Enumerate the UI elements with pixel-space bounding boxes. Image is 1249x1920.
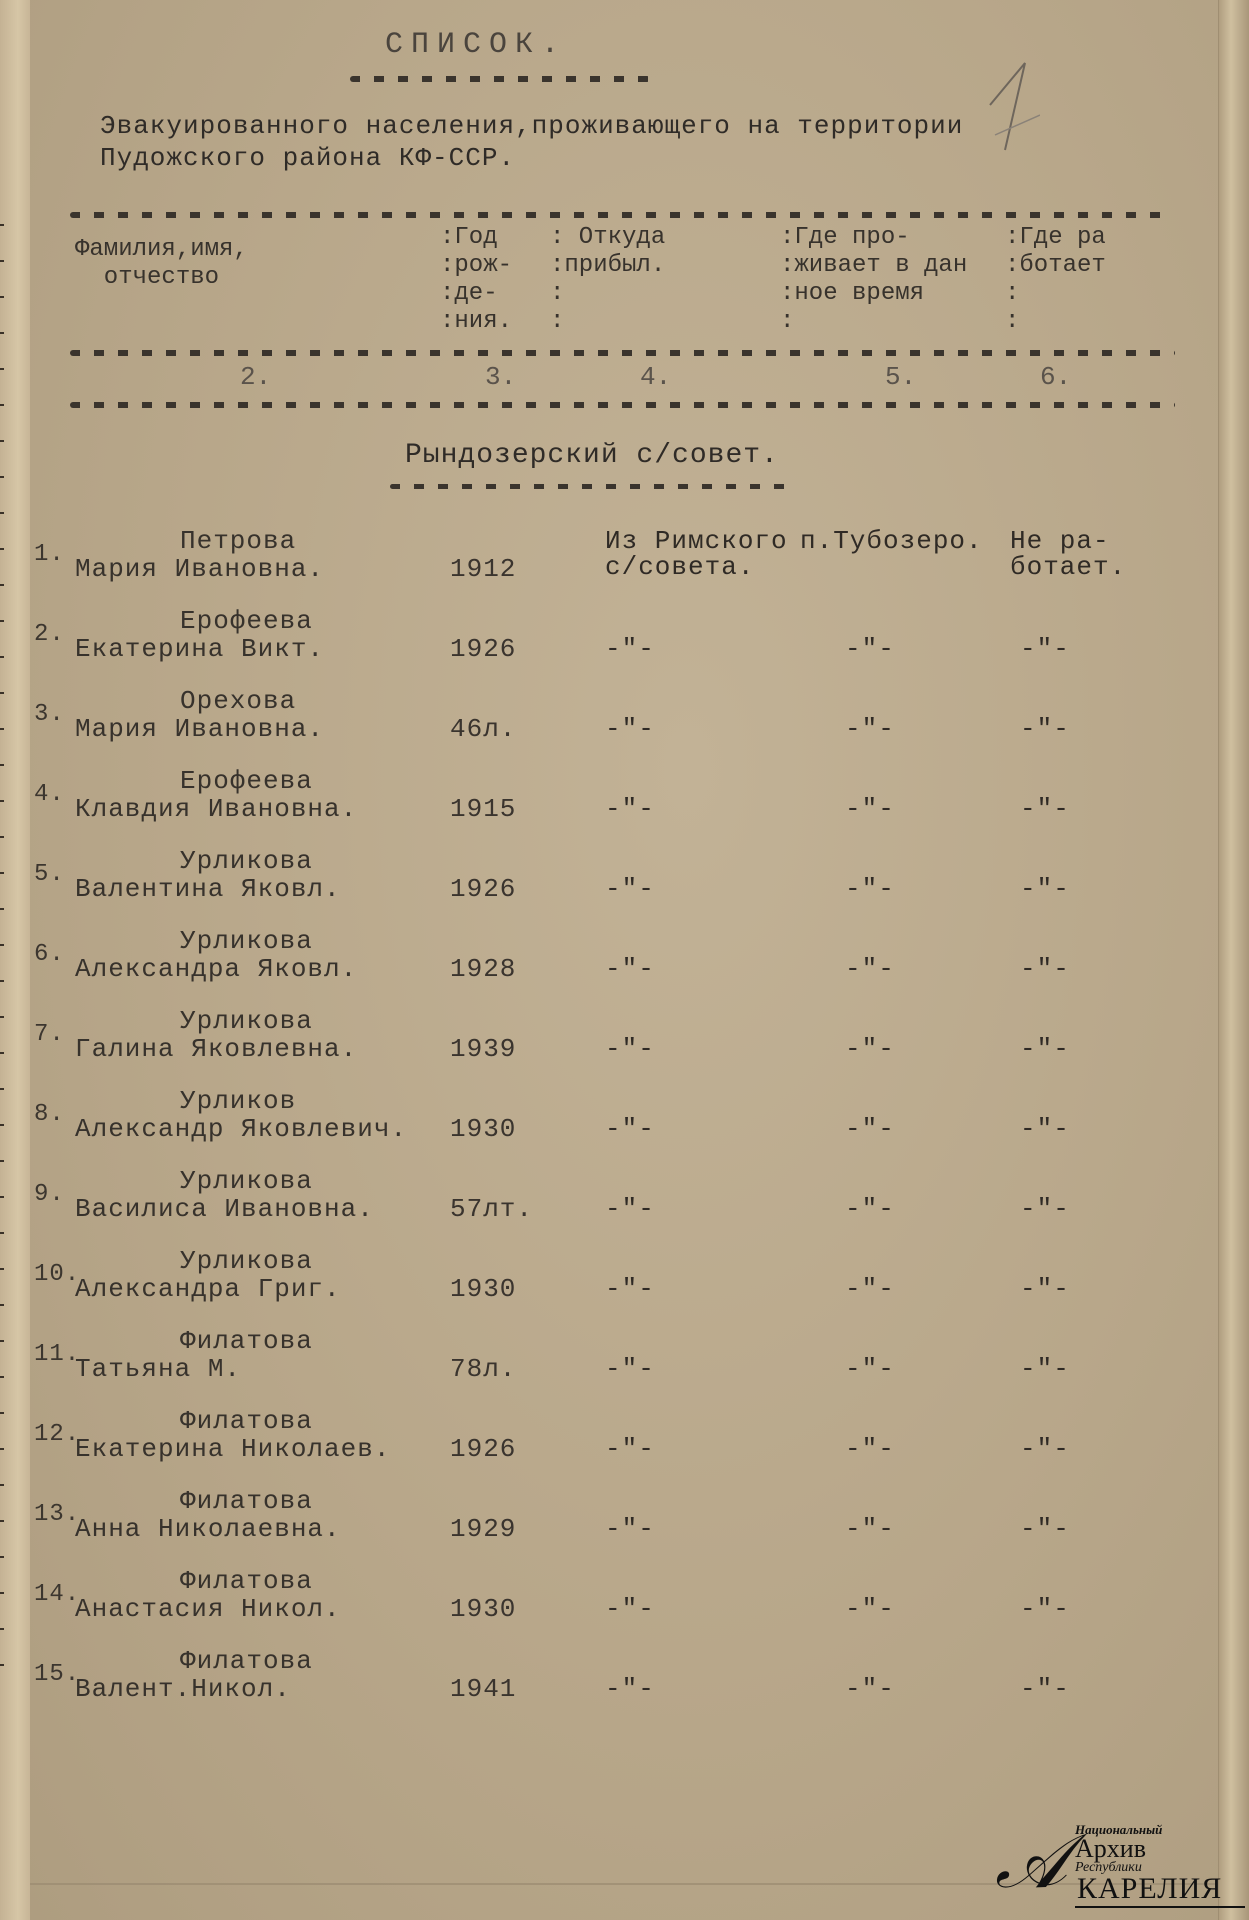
row-origin: -"-	[605, 716, 655, 742]
header-top-rule	[70, 212, 1165, 218]
row-workplace: -"-	[1020, 1116, 1070, 1142]
column-number-5: 5.	[885, 362, 916, 392]
row-given-name: Александра Яковл.	[75, 956, 357, 982]
row-workplace: -"-	[1020, 1276, 1070, 1302]
pencil-page-number	[970, 55, 1040, 155]
subtitle-line-2: Пудожского района КФ-ССР.	[100, 143, 515, 173]
row-surname: Урликова	[180, 1168, 313, 1194]
row-surname: Урликова	[180, 848, 313, 874]
row-surname: Петрова	[180, 528, 296, 554]
row-birth-year: 1928	[450, 956, 516, 982]
table-row: 5. Урликова Валентина Яковл. 1926 -"- -"…	[30, 848, 1225, 926]
row-residence: п.Тубозеро.	[800, 528, 983, 554]
row-number: 13.	[34, 1502, 80, 1528]
column-number-3: 3.	[485, 362, 516, 392]
header-col-from: : Откуда :прибыл. : :	[550, 224, 665, 336]
table-row: 4. Ерофеева Клавдия Ивановна. 1915 -"- -…	[30, 768, 1225, 846]
row-workplace: -"-	[1020, 636, 1070, 662]
row-residence: -"-	[845, 1116, 895, 1142]
logo-quill-rule	[1075, 1906, 1245, 1908]
row-given-name: Александра Григ.	[75, 1276, 341, 1302]
row-birth-year: 46л.	[450, 716, 516, 742]
row-surname: Филатова	[180, 1568, 313, 1594]
column-number-4: 4.	[640, 362, 671, 392]
row-origin: -"-	[605, 636, 655, 662]
row-workplace: -"-	[1020, 1436, 1070, 1462]
row-surname: Ерофеева	[180, 768, 313, 794]
row-origin: -"-	[605, 1036, 655, 1062]
row-number: 5.	[34, 862, 65, 888]
row-residence: -"-	[845, 796, 895, 822]
row-number: 14.	[34, 1582, 80, 1608]
row-birth-year: 1930	[450, 1276, 516, 1302]
row-number: 1.	[34, 542, 65, 568]
row-surname: Урликова	[180, 1008, 313, 1034]
row-origin: -"-	[605, 956, 655, 982]
row-surname: Ерофеева	[180, 608, 313, 634]
row-birth-year: 1941	[450, 1676, 516, 1702]
row-birth-year: 1926	[450, 636, 516, 662]
row-surname: Филатова	[180, 1328, 313, 1354]
column-number-2: 2.	[240, 362, 271, 392]
right-page-edge	[1218, 0, 1249, 1920]
header-col-lives: :Где про- :живает в дан :ное время :	[780, 224, 967, 336]
table-row: 13. Филатова Анна Николаевна. 1929 -"- -…	[30, 1488, 1225, 1566]
title-underline	[350, 76, 650, 82]
table-row: 2. Ерофеева Екатерина Викт. 1926 -"- -"-…	[30, 608, 1225, 686]
row-residence: -"-	[845, 636, 895, 662]
row-origin: -"-	[605, 1516, 655, 1542]
row-given-name: Анастасия Никол.	[75, 1596, 341, 1622]
row-number: 10.	[34, 1262, 80, 1288]
table-row: 1. Петрова Мария Ивановна. 1912 Из Римск…	[30, 528, 1225, 606]
row-given-name: Анна Николаевна.	[75, 1516, 341, 1542]
row-given-name: Клавдия Ивановна.	[75, 796, 357, 822]
header-mid-rule	[70, 350, 1175, 356]
archive-watermark-logo: 𝒜 Национальный Архив Республики КАРЕЛИЯ	[995, 1812, 1249, 1920]
table-row: 15. Филатова Валент.Никол. 1941 -"- -"- …	[30, 1648, 1225, 1726]
row-given-name: Василиса Ивановна.	[75, 1196, 374, 1222]
row-residence: -"-	[845, 1516, 895, 1542]
row-number: 15.	[34, 1662, 80, 1688]
subtitle-line-1: Эвакуированного населения,проживающего н…	[100, 111, 963, 141]
row-surname: Урликова	[180, 1248, 313, 1274]
row-workplace: -"-	[1020, 1196, 1070, 1222]
row-number: 6.	[34, 942, 65, 968]
row-workplace: -"-	[1020, 716, 1070, 742]
logo-line-4: КАРЕЛИЯ	[1077, 1872, 1222, 1906]
row-residence: -"-	[845, 1196, 895, 1222]
row-given-name: Татьяна М.	[75, 1356, 241, 1382]
header-col-name: Фамилия,имя, отчество	[75, 236, 248, 292]
row-surname: Урликов	[180, 1088, 296, 1114]
row-given-name: Александр Яковлевич.	[75, 1116, 407, 1142]
row-origin: -"-	[605, 1196, 655, 1222]
logo-monogram-icon: 𝒜	[995, 1824, 1067, 1900]
row-given-name: Валентина Яковл.	[75, 876, 341, 902]
header-col-year: :Год :рож- :де- :ния.	[440, 224, 512, 336]
row-surname: Орехова	[180, 688, 296, 714]
row-origin: -"-	[605, 1436, 655, 1462]
row-residence: -"-	[845, 716, 895, 742]
table-row: 3. Орехова Мария Ивановна. 46л. -"- -"- …	[30, 688, 1225, 766]
row-birth-year: 1930	[450, 1116, 516, 1142]
row-number: 2.	[34, 622, 65, 648]
table-row: 10. Урликова Александра Григ. 1930 -"- -…	[30, 1248, 1225, 1326]
row-number: 11.	[34, 1342, 80, 1368]
row-birth-year: 1926	[450, 1436, 516, 1462]
row-origin: -"-	[605, 1276, 655, 1302]
table-row: 11. Филатова Татьяна М. 78л. -"- -"- -"-	[30, 1328, 1225, 1406]
row-number: 8.	[34, 1102, 65, 1128]
row-residence: -"-	[845, 1276, 895, 1302]
row-residence: -"-	[845, 876, 895, 902]
row-origin: -"-	[605, 796, 655, 822]
header-col-works: :Где ра :ботает : :	[1005, 224, 1106, 336]
column-number-6: 6.	[1040, 362, 1071, 392]
row-given-name: Мария Ивановна.	[75, 716, 324, 742]
row-given-name: Екатерина Викт.	[75, 636, 324, 662]
row-workplace: -"-	[1020, 1356, 1070, 1382]
row-number: 3.	[34, 702, 65, 728]
row-origin: Из Римского с/совета.	[605, 528, 788, 580]
row-workplace: -"-	[1020, 1676, 1070, 1702]
left-page-edge	[0, 0, 30, 1920]
row-birth-year: 1912	[450, 556, 516, 582]
row-birth-year: 57лт.	[450, 1196, 533, 1222]
row-surname: Филатова	[180, 1488, 313, 1514]
row-workplace: -"-	[1020, 956, 1070, 982]
row-given-name: Галина Яковлевна.	[75, 1036, 357, 1062]
row-workplace: -"-	[1020, 1036, 1070, 1062]
table-row: 9. Урликова Василиса Ивановна. 57лт. -"-…	[30, 1168, 1225, 1246]
row-workplace: Не ра- ботает.	[1010, 528, 1126, 580]
document-title: СПИСОК.	[385, 32, 567, 58]
row-origin: -"-	[605, 876, 655, 902]
row-origin: -"-	[605, 1356, 655, 1382]
row-residence: -"-	[845, 1036, 895, 1062]
row-origin: -"-	[605, 1676, 655, 1702]
row-workplace: -"-	[1020, 1596, 1070, 1622]
row-number: 12.	[34, 1422, 80, 1448]
row-workplace: -"-	[1020, 876, 1070, 902]
section-title: Рындозерский с/совет.	[405, 443, 779, 469]
row-residence: -"-	[845, 1356, 895, 1382]
document-page: СПИСОК. Эвакуированного населения,прожив…	[30, 0, 1225, 1920]
binding-ticks	[0, 190, 4, 1690]
row-surname: Урликова	[180, 928, 313, 954]
row-given-name: Екатерина Николаев.	[75, 1436, 390, 1462]
table-row: 14. Филатова Анастасия Никол. 1930 -"- -…	[30, 1568, 1225, 1646]
section-underline	[390, 484, 790, 489]
row-birth-year: 1939	[450, 1036, 516, 1062]
row-birth-year: 1915	[450, 796, 516, 822]
row-origin: -"-	[605, 1596, 655, 1622]
row-surname: Филатова	[180, 1408, 313, 1434]
row-number: 7.	[34, 1022, 65, 1048]
row-number: 4.	[34, 782, 65, 808]
header-bottom-rule	[70, 402, 1175, 408]
row-number: 9.	[34, 1182, 65, 1208]
table-row: 8. Урликов Александр Яковлевич. 1930 -"-…	[30, 1088, 1225, 1166]
row-origin: -"-	[605, 1116, 655, 1142]
row-residence: -"-	[845, 956, 895, 982]
row-residence: -"-	[845, 1596, 895, 1622]
row-given-name: Мария Ивановна.	[75, 556, 324, 582]
row-workplace: -"-	[1020, 796, 1070, 822]
table-row: 12. Филатова Екатерина Николаев. 1926 -"…	[30, 1408, 1225, 1486]
row-birth-year: 1930	[450, 1596, 516, 1622]
table-row: 7. Урликова Галина Яковлевна. 1939 -"- -…	[30, 1008, 1225, 1086]
row-residence: -"-	[845, 1676, 895, 1702]
row-birth-year: 78л.	[450, 1356, 516, 1382]
row-given-name: Валент.Никол.	[75, 1676, 291, 1702]
row-residence: -"-	[845, 1436, 895, 1462]
row-workplace: -"-	[1020, 1516, 1070, 1542]
table-row: 6. Урликова Александра Яковл. 1928 -"- -…	[30, 928, 1225, 1006]
row-birth-year: 1929	[450, 1516, 516, 1542]
document-subtitle: Эвакуированного населения,проживающего н…	[100, 110, 963, 174]
row-birth-year: 1926	[450, 876, 516, 902]
row-surname: Филатова	[180, 1648, 313, 1674]
